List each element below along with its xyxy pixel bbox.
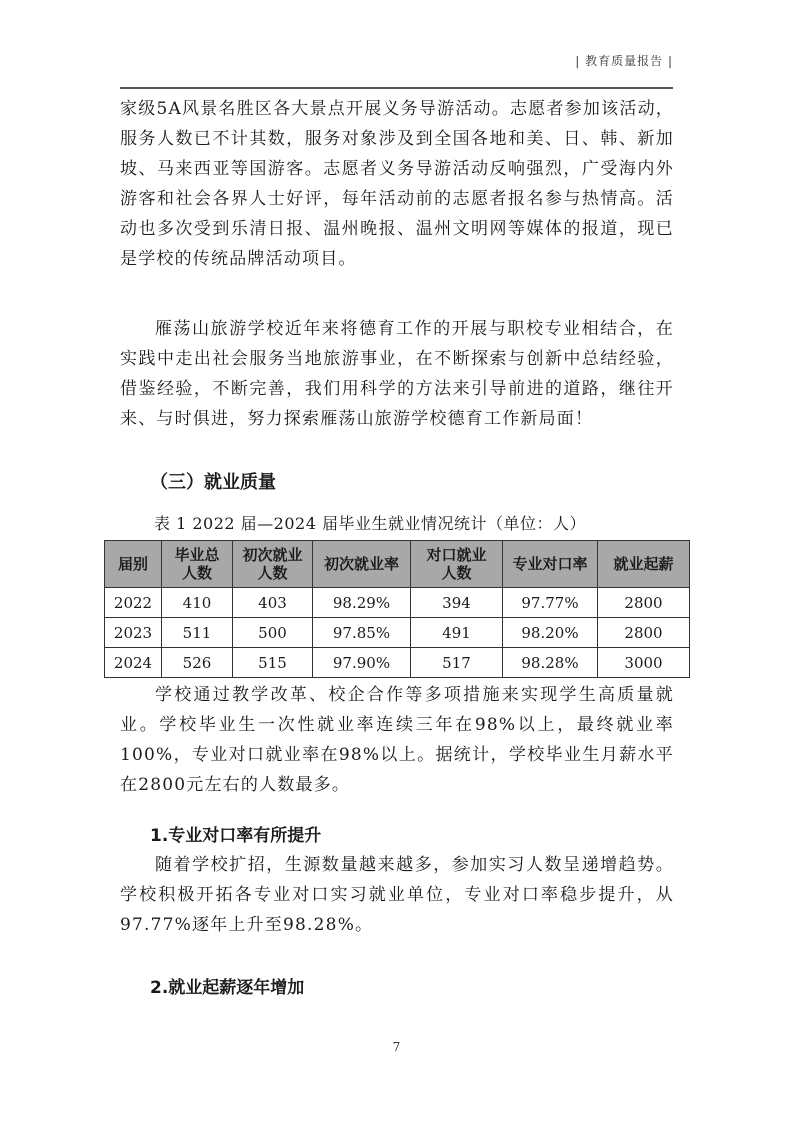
cell-initial: 500 xyxy=(233,618,313,648)
cell-initial-rate: 98.29% xyxy=(313,588,411,618)
cell-total: 511 xyxy=(162,618,233,648)
col-header-match-rate: 专业对口率 xyxy=(503,541,598,588)
col-header-initial-employed: 初次就业人数 xyxy=(233,541,313,588)
table-caption: 表 1 2022 届—2024 届毕业生就业情况统计（单位：人） xyxy=(154,511,586,534)
cell-salary: 2800 xyxy=(598,618,690,648)
col-header-total-graduates: 毕业总人数 xyxy=(162,541,233,588)
cell-match-rate: 97.77% xyxy=(503,588,598,618)
header-rule xyxy=(120,87,673,89)
cell-cohort: 2023 xyxy=(105,618,162,648)
section-heading-employment-quality: （三）就业质量 xyxy=(150,468,276,494)
employment-table: 届别 毕业总人数 初次就业人数 初次就业率 对口就业人数 专业对口率 就业起薪 … xyxy=(104,540,690,678)
cell-initial-rate: 97.85% xyxy=(313,618,411,648)
cell-salary: 3000 xyxy=(598,648,690,678)
cell-match-rate: 98.28% xyxy=(503,648,598,678)
col-header-cohort: 届别 xyxy=(105,541,162,588)
paragraph-employment-summary: 学校通过教学改革、校企合作等多项措施来实现学生高质量就业。学校毕业生一次性就业率… xyxy=(120,680,674,800)
cell-match-rate: 98.20% xyxy=(503,618,598,648)
paragraph-match-rate: 随着学校扩招，生源数量越来越多，参加实习人数呈递增趋势。学校积极开拓各专业对口实… xyxy=(120,850,674,940)
cell-cohort: 2022 xyxy=(105,588,162,618)
cell-initial: 515 xyxy=(233,648,313,678)
running-header-title: | 教育质量报告 | xyxy=(575,52,673,69)
cell-total: 410 xyxy=(162,588,233,618)
table-row: 2024 526 515 97.90% 517 98.28% 3000 xyxy=(105,648,690,678)
col-header-matched-employed: 对口就业人数 xyxy=(411,541,503,588)
cell-matched: 394 xyxy=(411,588,503,618)
table-header-row: 届别 毕业总人数 初次就业人数 初次就业率 对口就业人数 专业对口率 就业起薪 xyxy=(105,541,690,588)
page-number: 7 xyxy=(0,1040,793,1054)
table-row: 2023 511 500 97.85% 491 98.20% 2800 xyxy=(105,618,690,648)
col-header-initial-rate: 初次就业率 xyxy=(313,541,411,588)
col-header-starting-salary: 就业起薪 xyxy=(598,541,690,588)
subheading-starting-salary: 2.就业起薪逐年增加 xyxy=(150,973,304,998)
subheading-match-rate: 1.专业对口率有所提升 xyxy=(150,821,321,846)
paragraph-volunteer-guide: 家级5A风景名胜区各大景点开展义务导游活动。志愿者参加该活动，服务人数已不计其数… xyxy=(120,94,674,274)
cell-initial: 403 xyxy=(233,588,313,618)
cell-cohort: 2024 xyxy=(105,648,162,678)
cell-salary: 2800 xyxy=(598,588,690,618)
cell-total: 526 xyxy=(162,648,233,678)
cell-matched: 491 xyxy=(411,618,503,648)
cell-matched: 517 xyxy=(411,648,503,678)
paragraph-moral-education: 雁荡山旅游学校近年来将德育工作的开展与职校专业相结合，在实践中走出社会服务当地旅… xyxy=(120,314,674,434)
cell-initial-rate: 97.90% xyxy=(313,648,411,678)
table-row: 2022 410 403 98.29% 394 97.77% 2800 xyxy=(105,588,690,618)
